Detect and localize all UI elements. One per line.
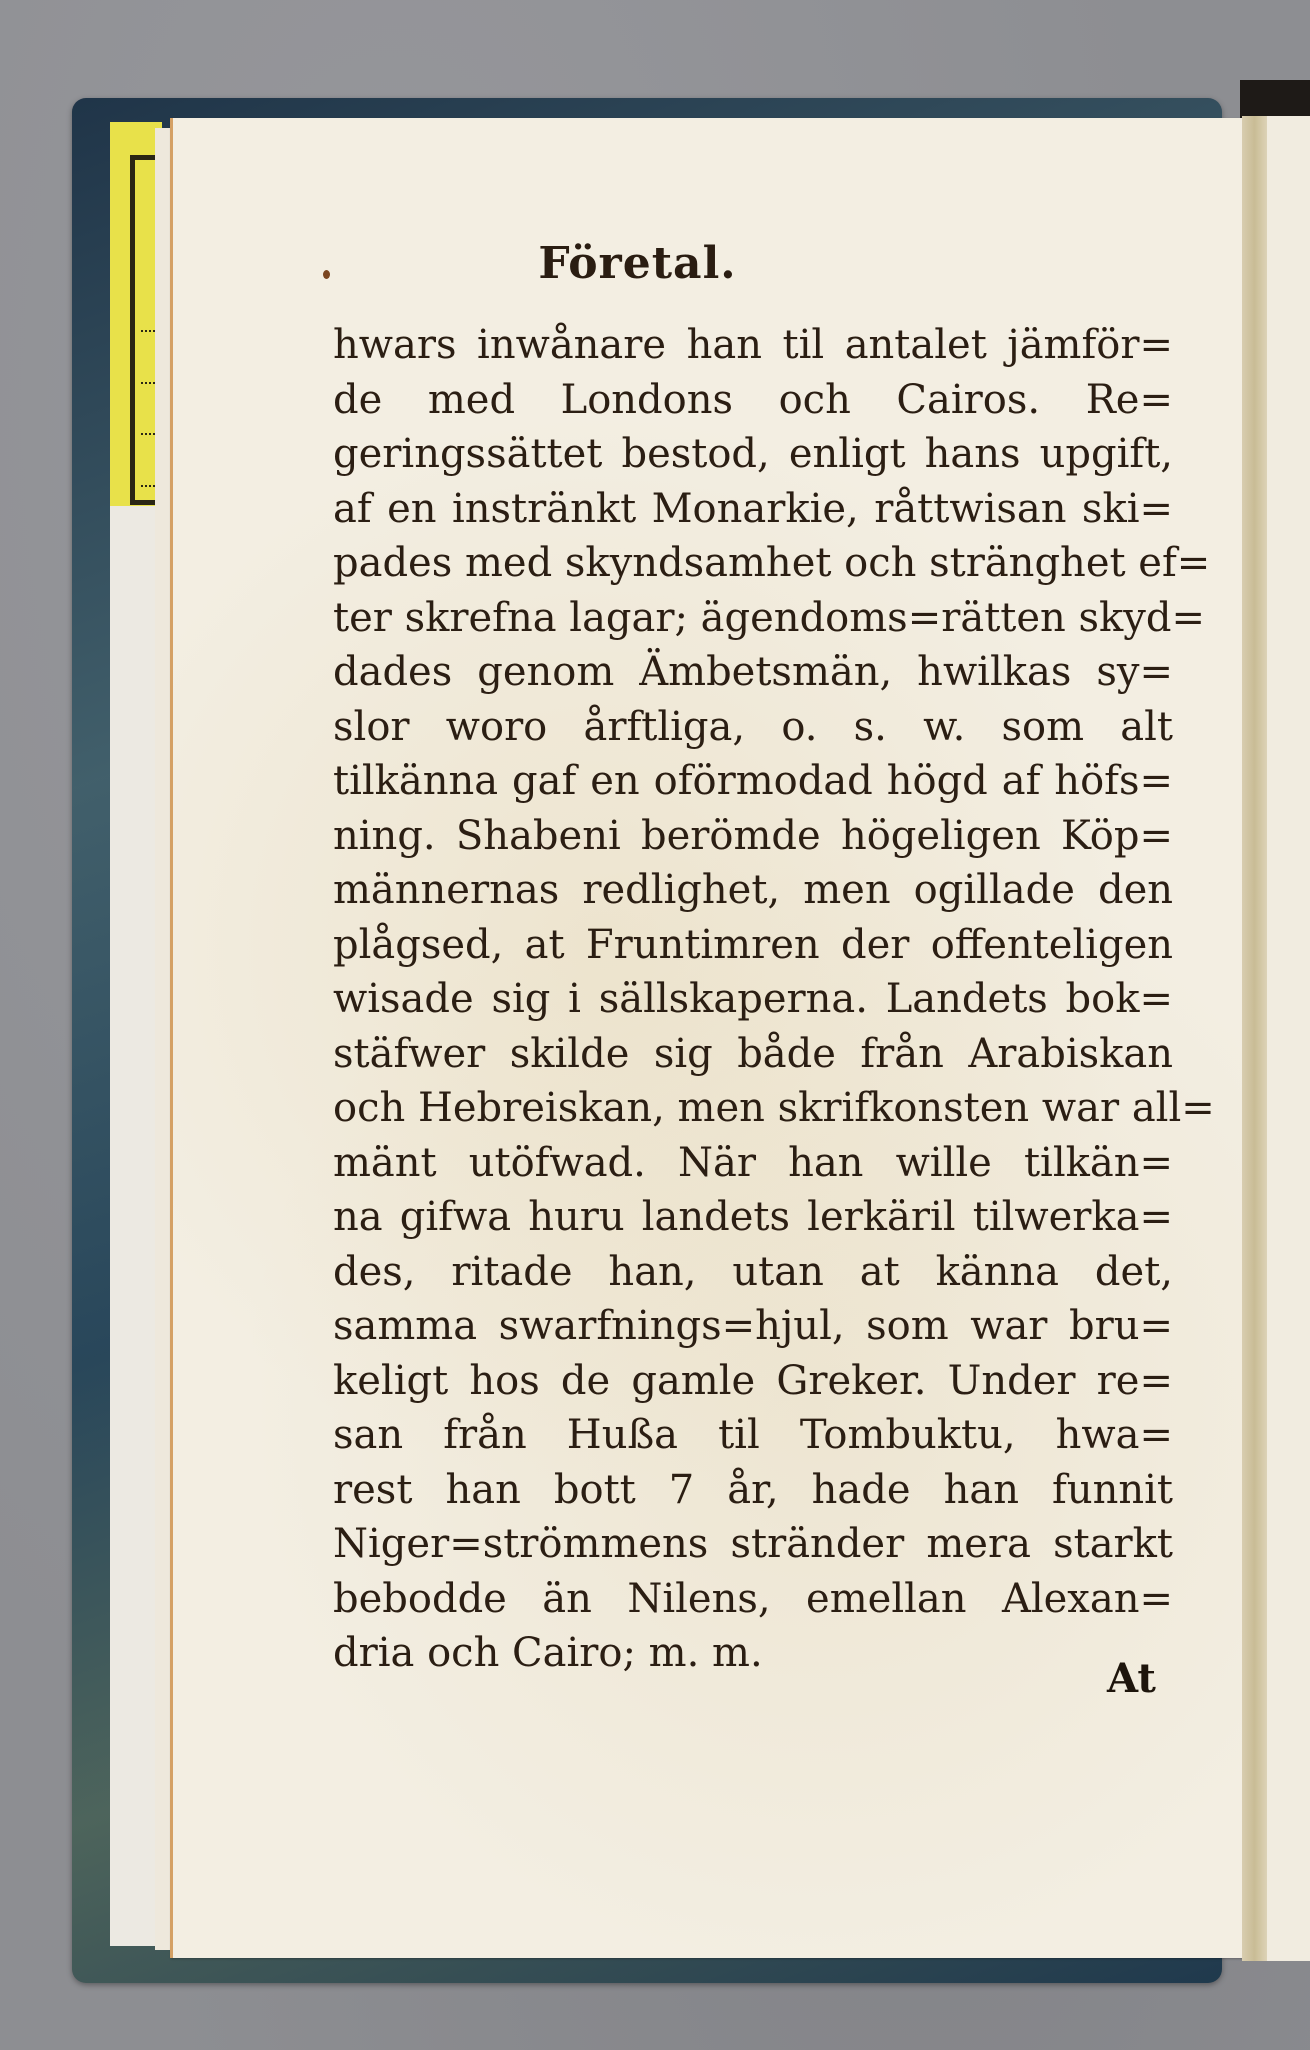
- text-line: na gifwa huru landets lerkäril tilwerka=: [333, 1190, 1173, 1245]
- text-line: geringssättet bestod, enligt hans upgift…: [333, 427, 1173, 482]
- text-line: des, ritade han, utan at känna det,: [333, 1245, 1173, 1300]
- dark-backdrop-corner: [1240, 80, 1310, 120]
- text-line: dades genom Ämbetsmän, hwilkas sy=: [333, 645, 1173, 700]
- text-line: ter skrefna lagar; ägendoms=rätten skyd=: [333, 591, 1173, 646]
- text-line: wisade sig i sällskaperna. Landets bok=: [333, 972, 1173, 1027]
- text-line: pades med skyndsamhet och stränghet ef=: [333, 536, 1173, 591]
- text-line: Niger=strömmens stränder mera starkt: [333, 1517, 1173, 1572]
- text-line: samma swarfnings=hjul, som war bru=: [333, 1299, 1173, 1354]
- text-line: dria och Cairo; m. m.: [333, 1626, 1173, 1681]
- spine-label-dotted-rule: [141, 485, 155, 487]
- text-line: männernas redlighet, men ogillade den: [333, 863, 1173, 918]
- running-head: Företal.: [100, 238, 1175, 289]
- spine-label-dotted-rule: [141, 433, 155, 435]
- facing-page-edge: [1267, 116, 1310, 1961]
- text-line: de med Londons och Cairos. Re=: [333, 373, 1173, 428]
- page-body-text: hwars inwånare han til antalet jämför=de…: [333, 318, 1173, 1681]
- catchword: At: [1107, 1655, 1156, 1702]
- text-line: mänt utöfwad. När han wille tilkän=: [333, 1136, 1173, 1191]
- text-line: rest han bott 7 år, hade han funnit: [333, 1463, 1173, 1518]
- text-line: och Hebreiskan, men skrifkonsten war all…: [333, 1081, 1173, 1136]
- spine-label-dotted-rule: [141, 382, 155, 384]
- text-line: stäfwer skilde sig både från Arabiskan: [333, 1027, 1173, 1082]
- page-gutter: [1242, 116, 1267, 1961]
- text-line: ning. Shabeni berömde högeligen Köp=: [333, 809, 1173, 864]
- text-line: keligt hos de gamle Greker. Under re=: [333, 1354, 1173, 1409]
- text-line: af en instränkt Monarkie, råttwisan ski=: [333, 482, 1173, 537]
- text-line: plågsed, at Fruntimren der offenteligen: [333, 918, 1173, 973]
- text-line: hwars inwånare han til antalet jämför=: [333, 318, 1173, 373]
- text-line: san från Hußa til Tombuktu, hwa=: [333, 1408, 1173, 1463]
- spine-label-dotted-rule: [141, 330, 155, 332]
- text-line: tilkänna gaf en oförmodad högd af höfs=: [333, 754, 1173, 809]
- text-line: slor woro årftliga, o. s. w. som alt: [333, 700, 1173, 755]
- text-line: bebodde än Nilens, emellan Alexan=: [333, 1572, 1173, 1627]
